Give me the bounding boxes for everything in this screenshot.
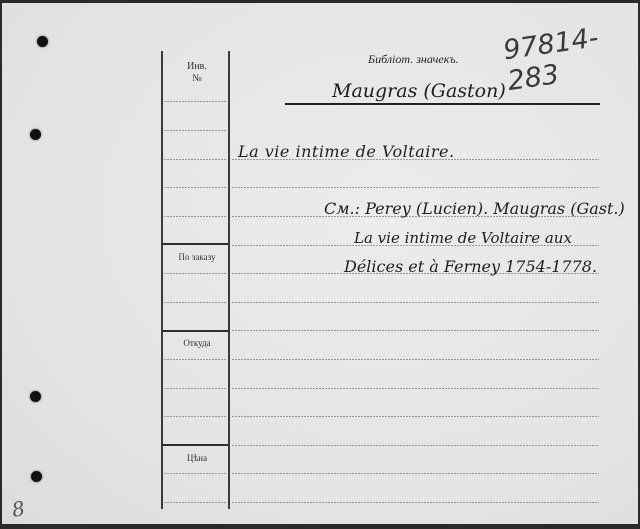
ruled-line [232, 473, 599, 474]
cross-reference-line-2: La vie intime de Voltaire aux [354, 229, 572, 247]
ruled-line [164, 187, 227, 188]
ruled-line [232, 359, 599, 360]
section-divider-by-order [162, 243, 229, 245]
author-name: Maugras (Gaston) [332, 80, 506, 102]
ruled-line [164, 159, 227, 160]
source-label: Откуда [164, 338, 230, 348]
by-order-label: По заказу [164, 252, 230, 262]
ruled-line [232, 388, 599, 389]
ruled-line [232, 502, 599, 503]
ruled-line [164, 302, 227, 303]
call-number: 97814-283 [501, 18, 636, 97]
ruled-line [232, 445, 599, 446]
ruled-line [164, 216, 227, 217]
inventory-number-label: Инв. [164, 61, 230, 72]
library-mark-label: Библіот. значекъ. [368, 52, 459, 67]
ruled-line [164, 416, 227, 417]
ruled-line [164, 388, 227, 389]
punch-hole-2 [30, 129, 41, 140]
ruled-line [164, 130, 227, 131]
book-title: La vie intime de Voltaire. [238, 142, 455, 161]
cross-reference-line-3: Délices et à Ferney 1754-1778. [344, 257, 597, 276]
ruled-line [164, 359, 227, 360]
left-column-rule-inner [228, 51, 230, 509]
section-divider-source [162, 330, 229, 332]
ruled-line [164, 502, 227, 503]
ruled-line [164, 101, 227, 102]
catalog-card: Инв. № По заказу Откуда Цѣна Библіот. зн… [2, 3, 638, 524]
ruled-line [232, 416, 599, 417]
ruled-line [164, 273, 227, 274]
corner-mark: 8 [10, 496, 27, 522]
punch-hole-1 [37, 36, 48, 47]
inventory-number-sign: № [164, 73, 230, 84]
ruled-line [232, 302, 599, 303]
punch-hole-3 [30, 391, 41, 402]
ruled-line [232, 330, 599, 331]
section-divider-price [162, 444, 229, 446]
ruled-line [232, 187, 599, 188]
left-column-rule-outer [161, 51, 163, 509]
price-label: Цѣна [164, 453, 230, 463]
ruled-line [164, 473, 227, 474]
author-underline [285, 103, 600, 105]
cross-reference-line-1: См.: Perey (Lucien). Maugras (Gast.) [324, 199, 625, 218]
punch-hole-4 [31, 471, 42, 482]
